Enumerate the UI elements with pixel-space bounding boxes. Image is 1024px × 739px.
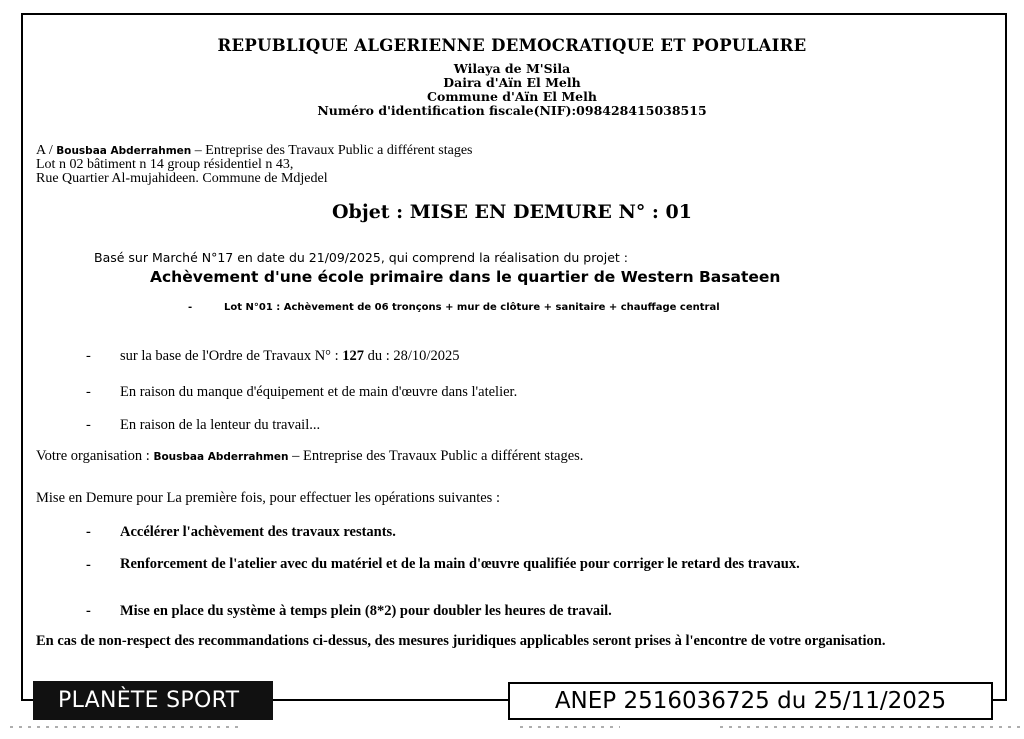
bullet-dash: - [86, 384, 120, 401]
wilaya-line: Wilaya de M'Sila [0, 62, 1024, 76]
organisation-name: Bousbaa Abderrahmen [153, 451, 288, 463]
operation-item: -Accélérer l'achèvement des travaux rest… [86, 524, 396, 541]
bullet-dash: - [86, 348, 120, 365]
basis-intro: Basé sur Marché N°17 en date du 21/09/20… [94, 250, 628, 265]
order-number: 127 [342, 348, 364, 364]
injunction-intro: Mise en Demure pour La première fois, po… [36, 490, 500, 507]
recipient-company: – Entreprise des Travaux Public a différ… [191, 143, 472, 158]
organisation-line: Votre organisation : Bousbaa Abderrahmen… [36, 448, 583, 465]
recipient-prefix: A / [36, 143, 53, 158]
document-object-title: Objet : MISE EN DEMURE N° : 01 [0, 201, 1024, 223]
reason-post: du : 28/10/2025 [364, 348, 459, 364]
closing-paragraph: En cas de non-respect des recommandation… [36, 634, 916, 649]
lot-line: -Lot N°01 : Achèvement de 06 tronçons + … [188, 302, 720, 313]
daira-line: Daira d'Aïn El Melh [0, 76, 1024, 90]
scan-noise [10, 726, 240, 728]
operation-item: -Mise en place du système à temps plein … [86, 603, 612, 620]
operation-item: -Renforcement de l'atelier avec du matér… [86, 557, 980, 574]
operation-text: Mise en place du système à temps plein (… [120, 603, 612, 619]
bullet-dash: - [86, 603, 120, 620]
frame-line [992, 699, 1007, 701]
reason-item: -En raison du manque d'équipement et de … [86, 384, 517, 401]
lot-text: Lot N°01 : Achèvement de 06 tronçons + m… [224, 302, 720, 313]
recipient-line: A / Bousbaa Abderrahmen – Entreprise des… [36, 144, 473, 158]
recipient-name: Bousbaa Abderrahmen [56, 145, 191, 157]
republic-heading: REPUBLIQUE ALGERIENNE DEMOCRATIQUE ET PO… [0, 36, 1024, 55]
bullet-dash: - [86, 417, 120, 434]
nif-line: Numéro d'identification fiscale(NIF):098… [0, 104, 1024, 118]
reason-item: -sur la base de l'Ordre de Travaux N° : … [86, 348, 459, 365]
organisation-company: – Entreprise des Travaux Public a différ… [289, 448, 584, 464]
commune-line: Commune d'Aïn El Melh [0, 90, 1024, 104]
scan-noise [520, 726, 620, 728]
organisation-label: Votre organisation : [36, 448, 153, 464]
reason-pre: sur la base de l'Ordre de Travaux N° : [120, 348, 342, 364]
recipient-address-2: Rue Quartier Al-mujahideen. Commune de M… [36, 172, 328, 186]
reason-text: En raison du manque d'équipement et de m… [120, 384, 517, 400]
reason-item: -En raison de la lenteur du travail... [86, 417, 320, 434]
operation-text: Renforcement de l'atelier avec du matéri… [120, 557, 980, 574]
bullet-dash: - [86, 557, 120, 574]
bullet-dash: - [86, 524, 120, 541]
reason-text: En raison de la lenteur du travail... [120, 417, 320, 433]
scan-noise [720, 726, 1020, 728]
project-title: Achèvement d'une école primaire dans le … [150, 268, 780, 286]
publication-label: PLANÈTE SPORT [33, 681, 273, 720]
anep-reference: ANEP 2516036725 du 25/11/2025 [508, 682, 993, 720]
bullet-dash: - [188, 302, 224, 313]
frame-line [272, 699, 510, 701]
operation-text: Accélérer l'achèvement des travaux resta… [120, 524, 396, 540]
recipient-address-1: Lot n 02 bâtiment n 14 group résidentiel… [36, 158, 293, 172]
